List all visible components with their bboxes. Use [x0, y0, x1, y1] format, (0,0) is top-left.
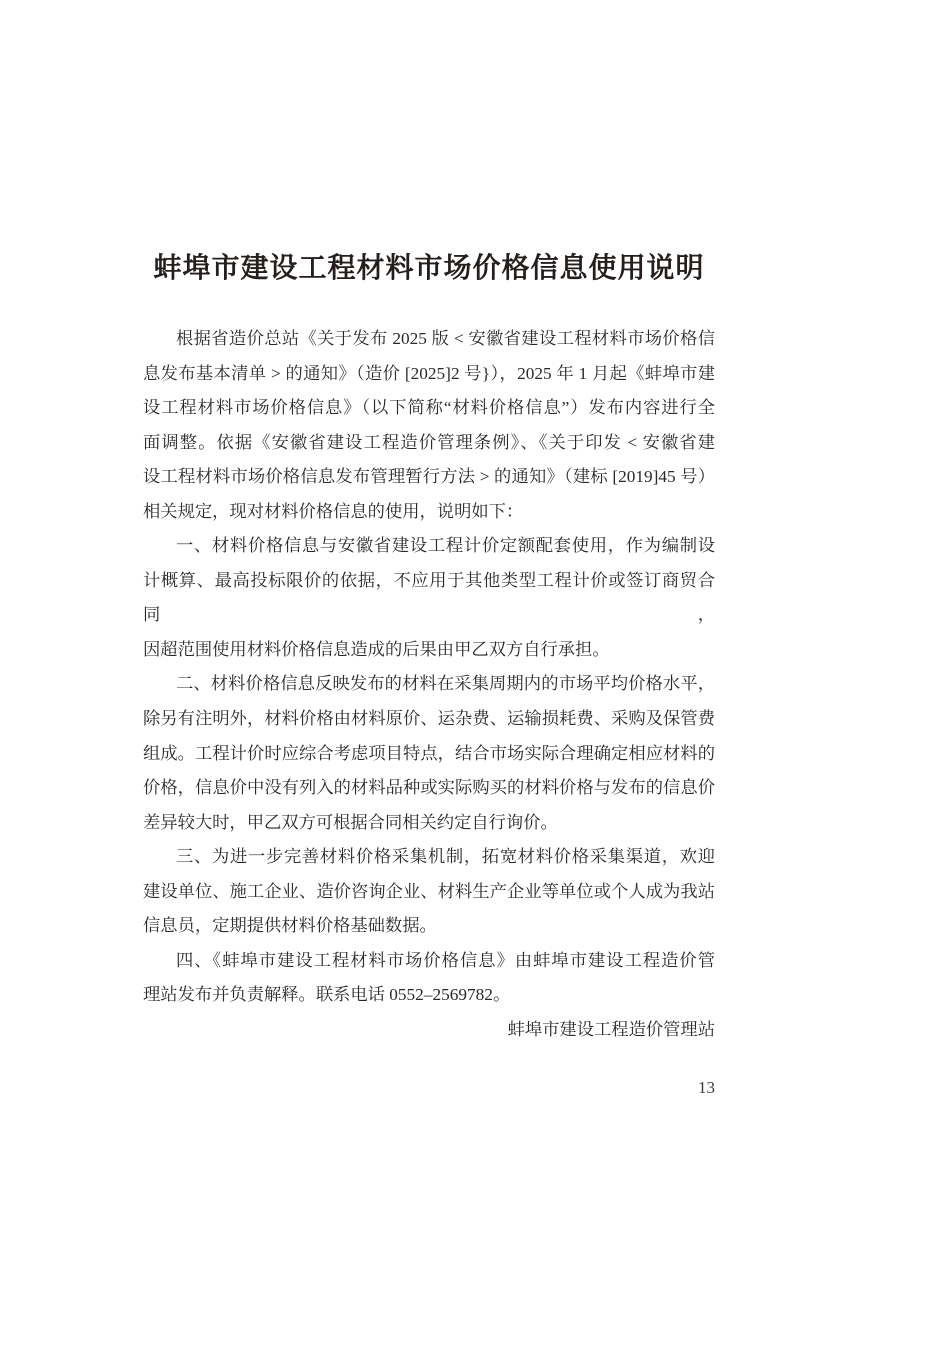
- signature-line: 蚌埠市建设工程造价管理站: [143, 1013, 715, 1048]
- text-line: 组成。工程计价时应综合考虑项目特点，结合市场实际合理确定相应材料的: [143, 737, 715, 772]
- text-line: 价格，信息价中没有列入的材料品种或实际购买的材料价格与发布的信息价: [143, 771, 715, 806]
- text-line: 建设单位、施工企业、造价咨询企业、材料生产企业等单位或个人成为我站: [143, 875, 715, 910]
- text-line: 计概算、最高投标限价的依据，不应用于其他类型工程计价或签订商贸合同，: [143, 564, 715, 633]
- text-line: 二、材料价格信息反映发布的材料在采集周期内的市场平均价格水平，: [143, 667, 715, 702]
- text-line: 差异较大时，甲乙双方可根据合同相关约定自行询价。: [143, 806, 715, 841]
- document-page: 蚌埠市建设工程材料市场价格信息使用说明 根据省造价总站《关于发布 2025 版 …: [0, 0, 950, 1345]
- text-line: 四、《蚌埠市建设工程材料市场价格信息》由蚌埠市建设工程造价管: [143, 944, 715, 979]
- text-line: 一、材料价格信息与安徽省建设工程计价定额配套使用，作为编制设: [143, 529, 715, 564]
- text-line: 面调整。依据《安徽省建设工程造价管理条例》、《关于印发 < 安徽省建: [143, 426, 715, 461]
- page-number: 13: [698, 1078, 715, 1098]
- text-line: 理站发布并负责解释。联系电话 0552–2569782。: [143, 978, 715, 1013]
- text-line: 三、为进一步完善材料价格采集机制，拓宽材料价格采集渠道，欢迎: [143, 840, 715, 875]
- document-body: 根据省造价总站《关于发布 2025 版 < 安徽省建设工程材料市场价格信息发布基…: [143, 322, 715, 1047]
- text-line: 息发布基本清单 > 的通知》（造价 [2025]2 号}），2025 年 1 月…: [143, 357, 715, 392]
- text-line: 除另有注明外，材料价格由材料原价、运杂费、运输损耗费、采购及保管费: [143, 702, 715, 737]
- text-line: 设工程材料市场价格信息》（以下简称“材料价格信息”）发布内容进行全: [143, 391, 715, 426]
- text-line: 设工程材料市场价格信息发布管理暂行方法 > 的通知》（建标 [2019]45 号…: [143, 460, 715, 495]
- document-title: 蚌埠市建设工程材料市场价格信息使用说明: [143, 246, 715, 286]
- text-line: 根据省造价总站《关于发布 2025 版 < 安徽省建设工程材料市场价格信: [143, 322, 715, 357]
- text-line: 因超范围使用材料价格信息造成的后果由甲乙双方自行承担。: [143, 633, 715, 668]
- text-line: 信息员，定期提供材料价格基础数据。: [143, 909, 715, 944]
- text-line: 相关规定，现对材料价格信息的使用，说明如下：: [143, 495, 715, 530]
